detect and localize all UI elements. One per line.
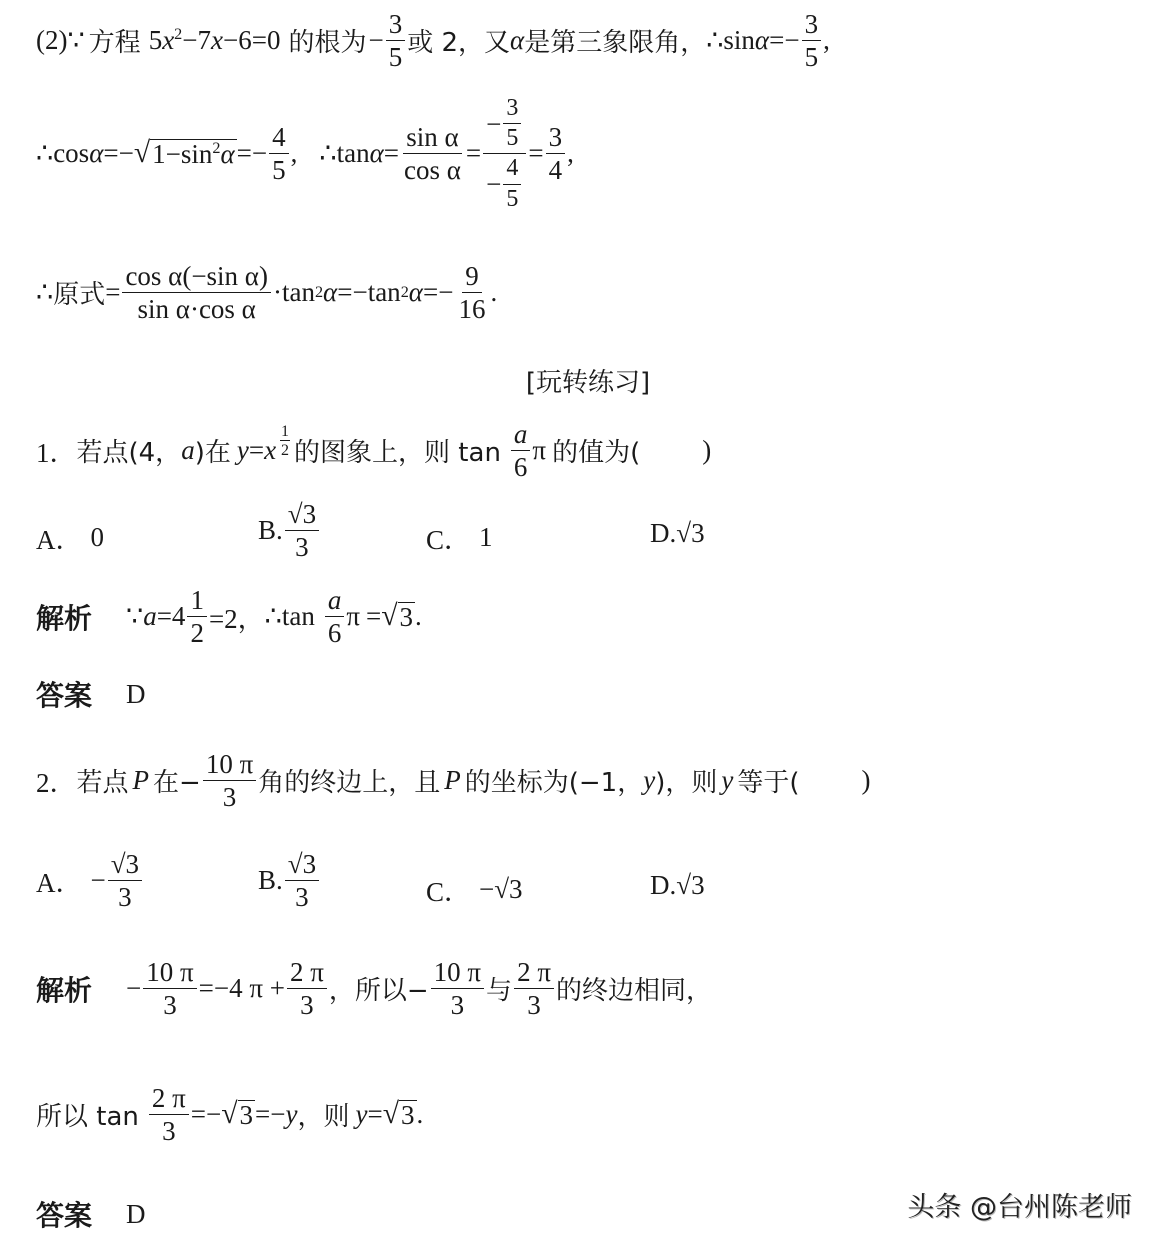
square-root: √1−sin2α	[134, 139, 237, 170]
fraction: 35	[802, 10, 822, 72]
because-symbol: ∵	[67, 25, 84, 56]
q1-answer: 答案 D	[36, 674, 146, 714]
q1-option-b[interactable]: B.√33	[258, 500, 321, 562]
q2-option-b[interactable]: B.√33	[258, 850, 321, 912]
analysis-label: 解析	[36, 597, 92, 637]
fraction: sin αcos α	[401, 123, 464, 185]
part2-line1: (2) ∵ 方程 5x2−7x−6=0 的根为 − 35 或 2，又 α 是第三…	[36, 10, 830, 72]
fraction: 916	[455, 262, 488, 324]
fraction: cos α(−sin α)sin α·cos α	[122, 262, 271, 324]
answer-label: 答案	[36, 674, 92, 714]
therefore-symbol: ∴	[36, 277, 53, 308]
part2-line3: ∴ 原式 = cos α(−sin α)sin α·cos α · tan2α …	[36, 262, 497, 324]
part2-line2: ∴ cos α =− √1−sin2α =− 45 , ∴ tan α = si…	[36, 96, 574, 212]
therefore-symbol: ∴	[319, 138, 336, 169]
watermark: 头条 @台州陈老师	[907, 1185, 1132, 1224]
q2-analysis-line2: 所以 tan 2 π3 =− √3 =− y ，则 y = √3 .	[36, 1084, 423, 1146]
fraction: 34	[546, 123, 566, 185]
answer-label: 答案	[36, 1194, 92, 1234]
q1-analysis: 解析 ∵ a =4 12 =2， ∴ tan a6 π = √3 .	[36, 586, 422, 648]
therefore-symbol: ∴	[706, 25, 723, 56]
compound-fraction: −35 −45	[483, 96, 526, 212]
fraction: a6	[511, 420, 531, 482]
equation: 5x2−7x−6=0	[149, 25, 281, 56]
section-title: [玩转练习]	[0, 362, 1158, 399]
analysis-label: 解析	[36, 969, 92, 1009]
q1-option-d[interactable]: D.√3	[650, 518, 705, 549]
q1-stem: 1． 若点(4， a )在 y=x 12 的图象上，则 tan a6 π 的值为…	[36, 420, 711, 482]
exponent-fraction: 12	[278, 424, 292, 461]
q1-option-c[interactable]: C．1	[426, 518, 493, 557]
q2-option-d[interactable]: D.√3	[650, 870, 705, 901]
therefore-symbol: ∴	[36, 138, 53, 169]
q2-analysis-line1: 解析 − 10 π3 =−4 π + 2 π3 ，所以− 10 π3 与 2 π…	[36, 958, 712, 1020]
q2-answer: 答案 D	[36, 1194, 146, 1234]
part-label: (2)	[36, 25, 67, 56]
q1-option-a[interactable]: A．0	[36, 518, 104, 557]
q2-stem: 2． 若点 P 在− 10 π3 角的终边上，且 P 的坐标为(−1， y )，…	[36, 750, 870, 812]
fraction: 45	[269, 123, 289, 185]
q2-option-c[interactable]: C．−√3	[426, 870, 523, 909]
fraction: 35	[386, 10, 406, 72]
q2-option-a[interactable]: A．−√33	[36, 850, 144, 912]
